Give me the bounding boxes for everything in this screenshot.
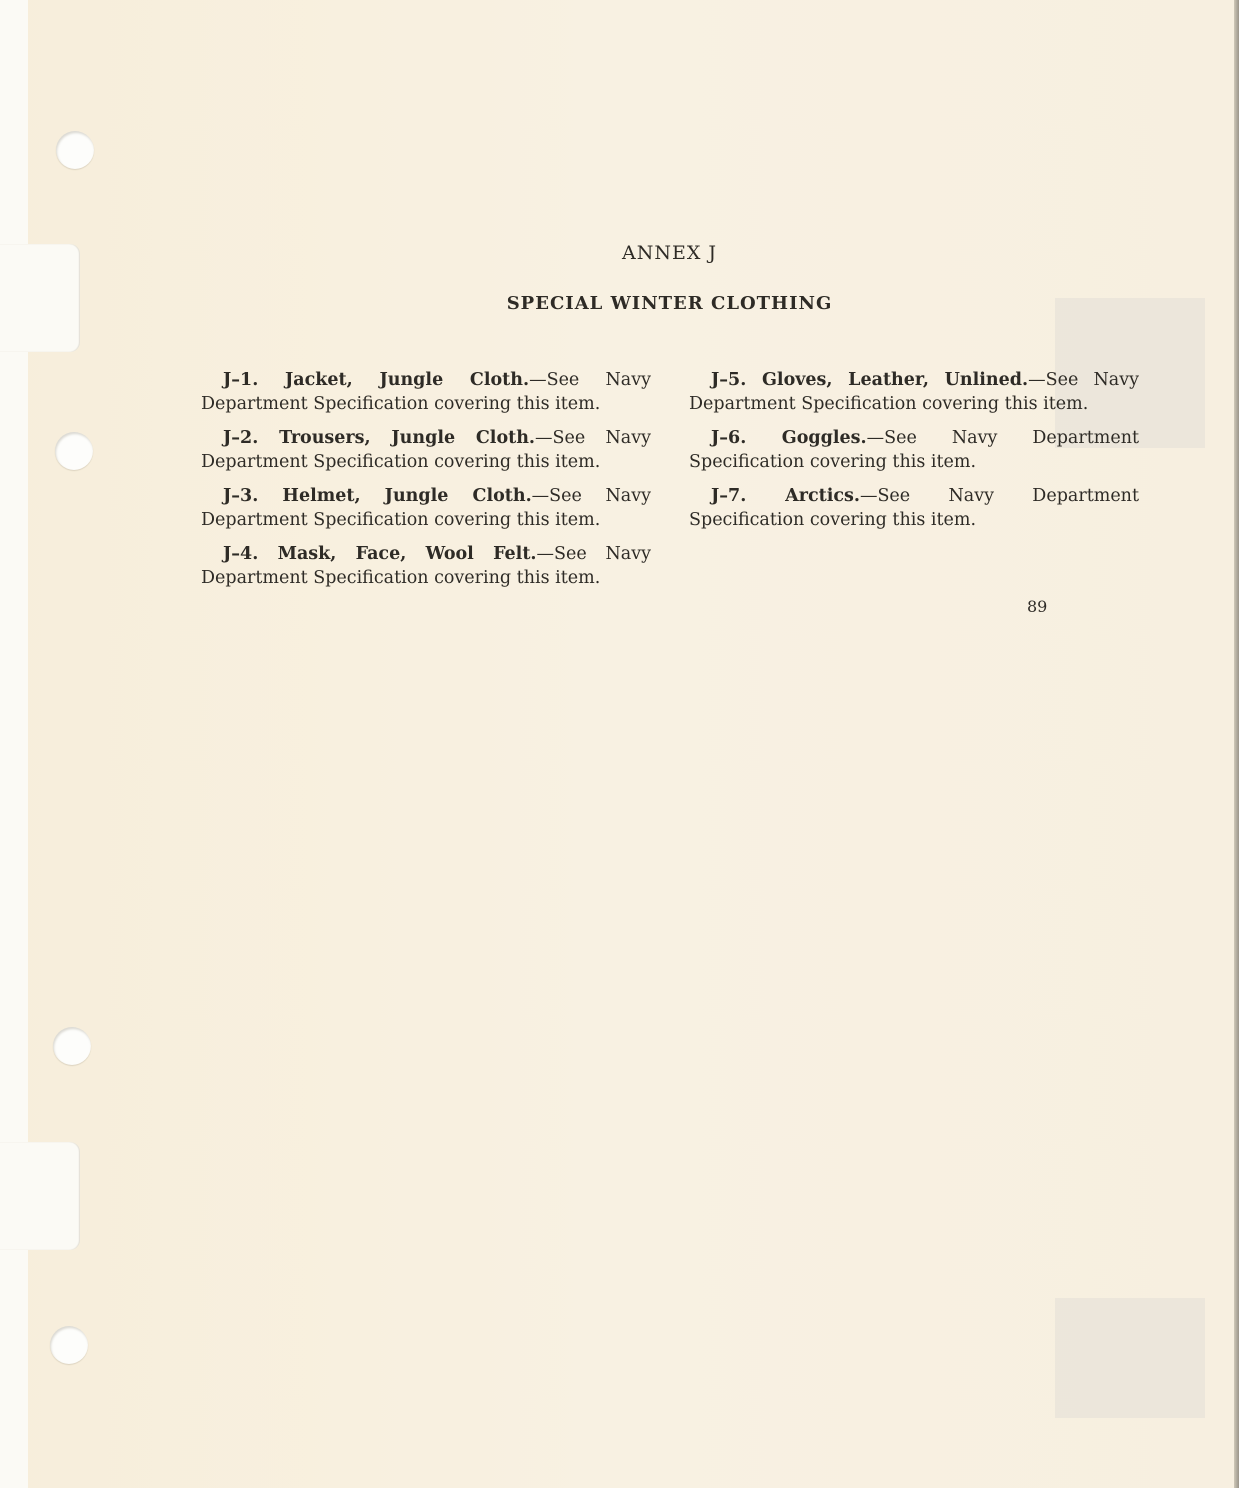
list-item: J–4. Mask, Face, Wool Felt.—See Navy Dep… [201,542,651,590]
punch-hole [53,1027,91,1065]
page-number: 89 [1027,597,1047,616]
punch-hole [56,131,94,169]
list-item: J–6. Goggles.—See Navy Department Specif… [689,426,1139,474]
item-label: J–6. Goggles. [711,428,867,448]
bleed-through-mark [1055,1298,1205,1418]
item-label: J–1. Jacket, Jungle Cloth. [223,370,529,390]
right-column: J–5. Gloves, Leather, Unlined.—See Navy … [689,368,1139,542]
punch-hole [50,1326,88,1364]
item-label: J–5. Gloves, Leather, Unlined. [711,370,1028,390]
binder-strip [0,0,28,1488]
item-label: J–7. Arctics. [711,486,860,506]
punch-hole [55,432,93,470]
list-item: J–3. Helmet, Jungle Cloth.—See Navy Depa… [201,484,651,532]
tab-cutout [0,1142,80,1250]
item-label: J–2. Trousers, Jungle Cloth. [223,428,535,448]
list-item: J–2. Trousers, Jungle Cloth.—See Navy De… [201,426,651,474]
scanned-page: ANNEX J SPECIAL WINTER CLOTHING J–1. Jac… [0,0,1239,1488]
section-title: SPECIAL WINTER CLOTHING [0,293,1239,314]
list-item: J–7. Arctics.—See Navy Department Specif… [689,484,1139,532]
page-edge [1234,0,1239,1488]
list-item: J–1. Jacket, Jungle Cloth.—See Navy Depa… [201,368,651,416]
left-column: J–1. Jacket, Jungle Cloth.—See Navy Depa… [201,368,651,600]
annex-title: ANNEX J [0,242,1239,264]
list-item: J–5. Gloves, Leather, Unlined.—See Navy … [689,368,1139,416]
item-label: J–3. Helmet, Jungle Cloth. [223,486,532,506]
item-label: J–4. Mask, Face, Wool Felt. [223,544,537,564]
